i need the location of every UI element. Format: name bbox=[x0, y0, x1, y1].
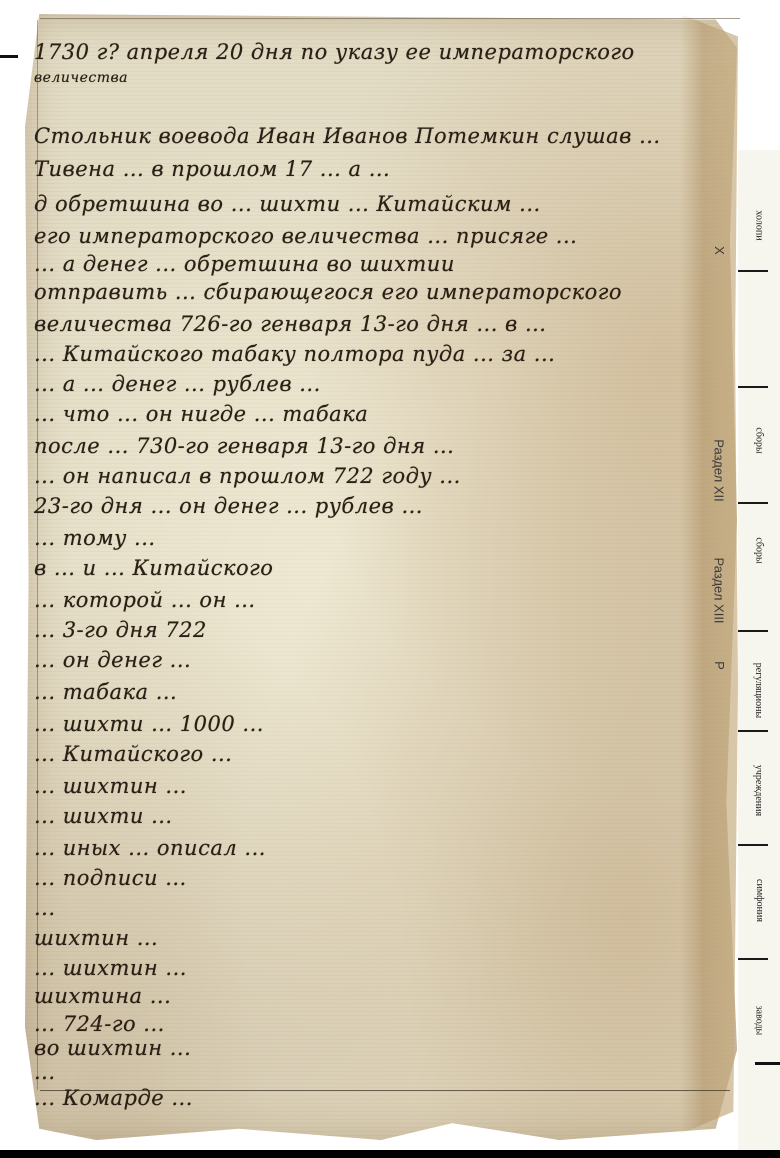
header-continuation: величества bbox=[34, 70, 128, 86]
divider-tick bbox=[738, 844, 768, 846]
index-entry: заводы bbox=[738, 970, 780, 1070]
divider-tick bbox=[738, 270, 768, 272]
text-line: ... bbox=[34, 896, 56, 920]
text-line: ... а ... денег ... рублев ... bbox=[34, 372, 321, 396]
header-line: 1730 г? апреля 20 дня по указу ее импера… bbox=[34, 40, 635, 64]
index-entry: симфония bbox=[738, 850, 780, 950]
text-line: ... Китайского табаку полтора пуда ... з… bbox=[34, 342, 555, 366]
section-label: P bbox=[706, 650, 732, 680]
text-line: д обретшина во ... шихти ... Китайским .… bbox=[34, 192, 541, 216]
section-label: Раздел XIII bbox=[706, 520, 732, 660]
text-line: величества 726-го генваря 13-го дня ... … bbox=[34, 312, 546, 336]
text-line: ... иных ... описал ... bbox=[34, 836, 266, 860]
text-line: в ... и ... Китайского bbox=[34, 556, 273, 580]
divider-tick bbox=[738, 386, 768, 388]
text-line: ... 3-го дня 722 bbox=[34, 618, 207, 642]
scan-edge-mark bbox=[755, 1062, 780, 1065]
text-line: Стольник воевода Иван Иванов Потемкин сл… bbox=[34, 124, 661, 148]
text-line: ... он написал в прошлом 722 году ... bbox=[34, 464, 461, 488]
text-line: ... 724-го ... bbox=[34, 1012, 165, 1036]
section-label: X bbox=[706, 230, 732, 270]
text-line: ... шихти ... bbox=[34, 804, 173, 828]
text-line: ... шихти ... 1000 ... bbox=[34, 712, 264, 736]
text-line: ... что ... он нигде ... табака bbox=[34, 402, 368, 426]
text-line: 23-го дня ... он денег ... рублев ... bbox=[34, 494, 423, 518]
manuscript-scan: 1730 г? апреля 20 дня по указу ее импера… bbox=[0, 0, 780, 1158]
section-label: Раздел XII bbox=[706, 420, 732, 520]
text-line: после ... 730-го генваря 13-го дня ... bbox=[34, 434, 454, 458]
top-margin-rule bbox=[40, 18, 740, 19]
text-line: во шихтин ... bbox=[34, 1036, 191, 1060]
text-line: ... bbox=[34, 1060, 56, 1084]
index-entry: сборы bbox=[738, 400, 780, 480]
text-line: ... подписи ... bbox=[34, 866, 187, 890]
text-line: ... Комарде ... bbox=[34, 1086, 193, 1110]
text-line: ... шихтин ... bbox=[34, 956, 187, 980]
scan-border bbox=[0, 1150, 780, 1158]
scan-edge-mark bbox=[0, 55, 18, 58]
text-line: ... Китайского ... bbox=[34, 742, 232, 766]
divider-tick bbox=[738, 958, 768, 960]
index-entry: холопи bbox=[738, 180, 780, 270]
text-line: ... табака ... bbox=[34, 680, 177, 704]
text-line: ... тому ... bbox=[34, 526, 156, 550]
text-line: ... а денег ... обретшина во шихтии bbox=[34, 252, 455, 276]
text-line: его императорского величества ... присяг… bbox=[34, 224, 577, 248]
divider-tick bbox=[738, 630, 768, 632]
index-entry: сборы bbox=[738, 510, 780, 590]
text-line: шихтина ... bbox=[34, 984, 171, 1008]
index-entry: регуляционы bbox=[738, 640, 780, 740]
index-entry: учреждения bbox=[738, 740, 780, 840]
text-line: ... он денег ... bbox=[34, 648, 191, 672]
text-line: шихтин ... bbox=[34, 926, 158, 950]
text-line: отправить ... сбирающегося его император… bbox=[34, 280, 622, 304]
text-line: ... шихтин ... bbox=[34, 774, 187, 798]
text-line: Тивена ... в прошлом 17 ... а ... bbox=[34, 157, 390, 181]
text-line: ... которой ... он ... bbox=[34, 588, 256, 612]
divider-tick bbox=[738, 502, 768, 504]
